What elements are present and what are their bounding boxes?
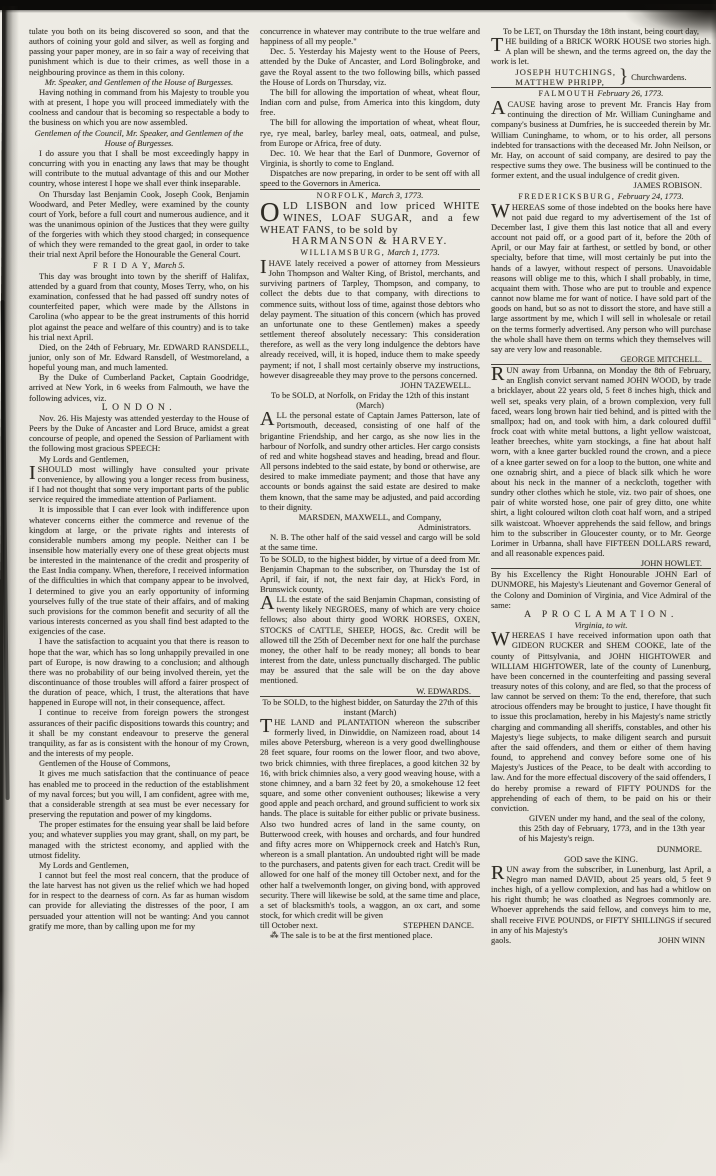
dateline: FALMOUTH February 26, 1773. xyxy=(491,88,711,99)
brace-glyph: } xyxy=(619,68,628,86)
paragraph: concurrence in whatever may contribute t… xyxy=(260,26,480,46)
paragraph: I cannot but feel the most real concern,… xyxy=(29,870,249,931)
ad-header: GOD save the KING. xyxy=(491,854,711,864)
ad-header: To be SOLD, at Norfolk, on Friday the 12… xyxy=(260,390,480,410)
paragraph-text: HAVE lately received a power of attorney… xyxy=(260,258,480,380)
drop-cap-paragraph: OLD LISBON and low priced WHITE WINES, L… xyxy=(260,201,480,237)
paragraph: This day was brought into town by the sh… xyxy=(29,271,249,342)
drop-cap-paragraph: WHEREAS I have received information upon… xyxy=(491,630,711,813)
column-left: tulate you both on its being discovered … xyxy=(29,26,249,945)
paragraph-text: UN away from Urbanna, on Monday the 8th … xyxy=(491,365,711,558)
split-left: gaols. xyxy=(491,935,511,945)
drop-cap-letter: A xyxy=(260,594,276,611)
bracket-role-label: Churchwardens. xyxy=(631,72,686,82)
paragraph: Died, on the 24th of February, Mr. EDWAR… xyxy=(29,342,249,372)
dateline-place: NORFOLK, xyxy=(317,191,370,200)
page-right-edge-shadow xyxy=(711,0,716,420)
signature: JOHN TAZEWELL. xyxy=(260,380,480,390)
drop-cap-letter: I xyxy=(29,464,38,481)
drop-cap-paragraph: ALL the personal estate of Captain James… xyxy=(260,410,480,512)
split-right: JOHN WINN xyxy=(658,935,705,945)
paragraph: I do assure you that I shall be most exc… xyxy=(29,148,249,189)
paragraph-text: UN away from the subscriber, in Lunenbur… xyxy=(491,864,711,935)
signature: Administrators. xyxy=(260,522,480,532)
ad-firm-name: HARMANSON & HARVEY. xyxy=(260,237,480,247)
drop-cap-letter: T xyxy=(260,717,274,734)
paragraph: My Lords and Gentlemen, xyxy=(29,454,249,464)
page-top-edge xyxy=(0,0,716,10)
paragraph-text: HE building of a BRICK WORK HOUSE two st… xyxy=(491,36,711,66)
drop-cap-letter: R xyxy=(491,365,506,382)
paragraph-text: HEREAS some of those indebted on the boo… xyxy=(491,202,711,354)
drop-cap-paragraph: THE LAND and PLANTATION whereon the subs… xyxy=(260,717,480,920)
dateline-place: FALMOUTH xyxy=(539,89,596,98)
salutation-heading: Virginia, to wit. xyxy=(491,620,711,630)
paragraph-text: HE LAND and PLANTATION whereon the subsc… xyxy=(260,717,480,920)
split-left: till October next. xyxy=(260,920,318,930)
paragraph-text: CAUSE having arose to prevent Mr. Franci… xyxy=(491,99,711,180)
paragraph: It is impossible that I can ever look wi… xyxy=(29,504,249,636)
dateline-date: March 1, 1773. xyxy=(388,247,440,257)
paragraph: It gives me much satisfaction that the c… xyxy=(29,768,249,819)
signature: W. EDWARDS. xyxy=(260,686,480,696)
drop-cap-letter: W xyxy=(491,202,512,219)
paragraph: Dec. 5. Yesterday his Majesty went to th… xyxy=(260,46,480,87)
drop-cap-paragraph: IHAVE lately received a power of attorne… xyxy=(260,258,480,380)
paragraph-text: LL the personal estate of Captain James … xyxy=(260,410,480,511)
drop-cap-paragraph: THE building of a BRICK WORK HOUSE two s… xyxy=(491,36,711,66)
paragraph-text: SHOULD most willingly have consulted you… xyxy=(29,464,249,504)
paragraph: tulate you both on its being discovered … xyxy=(29,26,249,77)
bracket-name: JOSEPH HUTCHINGS, xyxy=(515,67,616,77)
paragraph: By the Duke of Cumberland Packet, Captai… xyxy=(29,372,249,402)
salutation-heading: Gentlemen of the Council, Mr. Speaker, a… xyxy=(29,128,249,148)
section-headline: A PROCLAMATION. xyxy=(491,610,711,620)
drop-cap-letter: W xyxy=(491,630,512,647)
signature: DUNMORE. xyxy=(491,844,711,854)
paragraph: By his Excellency the Right Honourable J… xyxy=(491,569,711,610)
dateline-place: F R I D A Y, xyxy=(93,261,152,270)
drop-cap-paragraph: RUN away from Urbanna, on Monday the 8th… xyxy=(491,365,711,558)
ad-header: To be SOLD, to the highest bidder, on Sa… xyxy=(260,697,480,717)
paragraph: The proper estimates for the ensuing yea… xyxy=(29,819,249,860)
column-middle: concurrence in whatever may contribute t… xyxy=(260,26,480,945)
ad-header: MARSDEN, MAXWELL, and Company, xyxy=(260,512,480,522)
signature: JAMES ROBISON. xyxy=(491,180,711,190)
dateline-date: February 26, 1773. xyxy=(597,88,663,98)
paragraph: Dispatches are now preparing, in order t… xyxy=(260,168,480,188)
proclamation-given: GIVEN under my hand, and the seal of the… xyxy=(491,813,711,843)
paragraph: I have the satisfaction to acquaint you … xyxy=(29,636,249,707)
paragraph-text: HEREAS I have received information upon … xyxy=(491,630,711,813)
drop-cap-letter: I xyxy=(260,258,269,275)
paragraph-text: LL the estate of the said Benjamin Chapm… xyxy=(260,594,480,685)
dateline: WILLIAMSBURG, March 1, 1773. xyxy=(260,247,480,258)
drop-cap-paragraph: RUN away from the subscriber, in Lunenbu… xyxy=(491,864,711,935)
paragraph: N. B. The other half of the said vessel … xyxy=(260,532,480,552)
paragraph: ⁂ The sale is to be at the first mention… xyxy=(260,930,480,940)
paragraph: Nov. 26. His Majesty was attended yester… xyxy=(29,413,249,454)
newspaper-page: tulate you both on its being discovered … xyxy=(0,0,716,1176)
signature-line: till October next.STEPHEN DANCE. xyxy=(260,920,480,930)
column-right: To be LET, on Thursday the 18th instant,… xyxy=(491,26,711,945)
bracket-name: MATTHEW PHRIPP, xyxy=(515,77,616,87)
paragraph: On Thursday last Benjamin Cook, Joseph C… xyxy=(29,189,249,260)
dateline-date: March 3, 1773. xyxy=(371,190,423,200)
paragraph: The bill for allowing the importation of… xyxy=(260,87,480,117)
paragraph: Having nothing in command from his Majes… xyxy=(29,87,249,128)
signature: GEORGE MITCHELL. xyxy=(491,354,711,364)
dateline-place: WILLIAMSBURG, xyxy=(300,248,385,257)
paragraph-text: LD LISBON and low priced WHITE WINES, LO… xyxy=(260,201,480,236)
ad-header: To be LET, on Thursday the 18th instant,… xyxy=(491,26,711,36)
column-container: tulate you both on its being discovered … xyxy=(29,26,711,945)
dateline-place: FREDERICKSBURG, xyxy=(518,192,615,201)
dateline: F R I D A Y, March 5. xyxy=(29,260,249,271)
signature: JOHN HOWLET. xyxy=(491,558,711,568)
signature-line: gaols.JOHN WINN xyxy=(491,935,711,945)
paragraph: My Lords and Gentlemen, xyxy=(29,860,249,870)
drop-cap-letter: O xyxy=(260,201,283,223)
paragraph: Dec. 10. We hear that the Earl of Dunmor… xyxy=(260,148,480,168)
paragraph: To be SOLD, to the highest bidder, by vi… xyxy=(260,554,480,595)
drop-cap-paragraph: ALL the estate of the said Benjamin Chap… xyxy=(260,594,480,685)
drop-cap-paragraph: ISHOULD most willingly have consulted yo… xyxy=(29,464,249,505)
salutation-heading: Mr. Speaker, and Gentlemen of the House … xyxy=(29,77,249,87)
paragraph: Gentlemen of the House of Commons, xyxy=(29,758,249,768)
dateline-date: March 5. xyxy=(154,260,185,270)
split-right: STEPHEN DANCE. xyxy=(403,920,474,930)
drop-cap-letter: R xyxy=(491,864,506,881)
bracket-signature: JOSEPH HUTCHINGS,MATTHEW PHRIPP,}Churchw… xyxy=(491,67,711,87)
drop-cap-paragraph: WHEREAS some of those indebted on the bo… xyxy=(491,202,711,354)
paragraph: I continue to receive from foreign power… xyxy=(29,707,249,758)
section-headline: LONDON. xyxy=(29,403,249,413)
dateline: FREDERICKSBURG, February 24, 1773. xyxy=(491,191,711,202)
bracket-name-list: JOSEPH HUTCHINGS,MATTHEW PHRIPP, xyxy=(515,67,616,87)
drop-cap-letter: T xyxy=(491,36,505,53)
dateline-date: February 24, 1773. xyxy=(618,191,684,201)
dateline: NORFOLK, March 3, 1773. xyxy=(260,190,480,201)
drop-cap-letter: A xyxy=(260,410,276,427)
paragraph: The bill for allowing the importation of… xyxy=(260,117,480,147)
drop-cap-paragraph: ACAUSE having arose to prevent Mr. Franc… xyxy=(491,99,711,180)
drop-cap-letter: A xyxy=(491,99,507,116)
